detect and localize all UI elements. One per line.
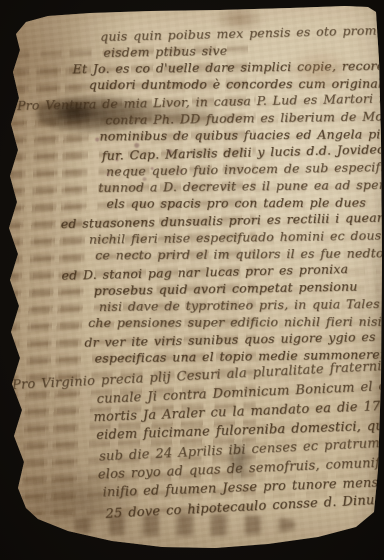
manuscript-line: especificas una el topio medie summonere… — [95, 345, 384, 367]
faint-round-stain — [288, 48, 352, 92]
ink-blot-stain — [36, 94, 164, 134]
manuscript-line: cunale Ji contra Dominicum Bonicum el co… — [96, 375, 384, 409]
handwritten-paragraph-2: Pro Virginio precia plij Cesuri ala plur… — [0, 357, 384, 527]
photo-background: quis quin poibus mex pensis es oto promo… — [0, 0, 384, 560]
manuscript-line: contra Ph. DD fuodem es liberium de Mogi… — [105, 107, 384, 128]
manuscript-line: dr ver ite viris sunibus quos uigore ygi… — [84, 327, 384, 351]
handwritten-paragraph-1: quis quin poibus mex pensis es oto promo… — [0, 22, 384, 368]
manuscript-page: quis quin poibus mex pensis es oto promo… — [0, 0, 384, 560]
manuscript-line: Pro Virginio precia plij Cesuri ala plur… — [12, 355, 384, 395]
bleed-through-texture — [8, 42, 256, 520]
bleed-through-texture — [150, 60, 380, 500]
manuscript-line: che pensiones super edificio nichil fier… — [88, 312, 384, 331]
manuscript-line: nisi dave de typrotineo pris, in quia Ta… — [99, 294, 384, 315]
left-margin-smudges — [4, 60, 82, 515]
manuscript-line: nichil fieri nise especifuado homini ec … — [89, 226, 384, 248]
bottom-smudge-band — [66, 514, 296, 536]
manuscript-line: quidori duntmodo è concordes cum origina… — [89, 74, 384, 93]
ink-blot-core — [52, 100, 96, 124]
manuscript-line: els quo spacis pro con tadem ple dues — [106, 193, 384, 211]
manuscript-line: eidem fuicimane fuloreniba domestici, qu… — [96, 415, 384, 445]
manuscript-line: sub die 24 Aprilis ibi censes ec pratrum… — [99, 432, 384, 467]
manuscript-line: neque quelo fuio invocem de sub especifi… — [106, 157, 384, 179]
manuscript-line: ed D. stanoi pag nar lucas pror es proni… — [61, 258, 384, 284]
corner-smudge-stain — [14, 470, 144, 530]
mold-speckles — [84, 128, 194, 186]
manuscript-line: ce necto prird el im quilors il es fue n… — [95, 244, 384, 264]
manuscript-line: Pro Ventura de mia Livor, in causa P. Lu… — [17, 89, 384, 114]
vertical-ink-smudge — [226, 436, 252, 486]
ink-blot-smear — [120, 104, 230, 130]
manuscript-line: eisdem ptibus sive — [103, 38, 384, 60]
manuscript-line: ed stuasonens dunsualis prori es rectili… — [61, 208, 384, 232]
manuscript-line: 25 dove co hipotecaulo consse d. Dinu — [105, 488, 384, 524]
manuscript-line: quis quin poibus mex pensis es oto promo… — [100, 20, 384, 45]
manuscript-line: tunnod a D. decrevit es il pune ea ad sp… — [98, 175, 384, 196]
top-smudge-stain — [212, 6, 266, 32]
manuscript-line: Et Jo. es co d'uelle dare simplici copie… — [72, 56, 384, 77]
manuscript-line: prosebus quid avori competat pensionu — [94, 276, 384, 299]
manuscript-line: mortis Ja Araler cu la mandato ea die 17… — [93, 395, 384, 427]
manuscript-line: nominibus de quibus fuacies ed Angela pi… — [99, 125, 384, 145]
paper-grain-texture — [0, 0, 384, 560]
manuscript-line: elos royo ad quas de semofruis, comunifi… — [97, 452, 384, 485]
manuscript-line: inifio ed fuumen Jesse pro tunore mens — [102, 472, 384, 503]
manuscript-line: fur. Cap. Marislis delii y lucis d.d. Jo… — [102, 139, 384, 164]
